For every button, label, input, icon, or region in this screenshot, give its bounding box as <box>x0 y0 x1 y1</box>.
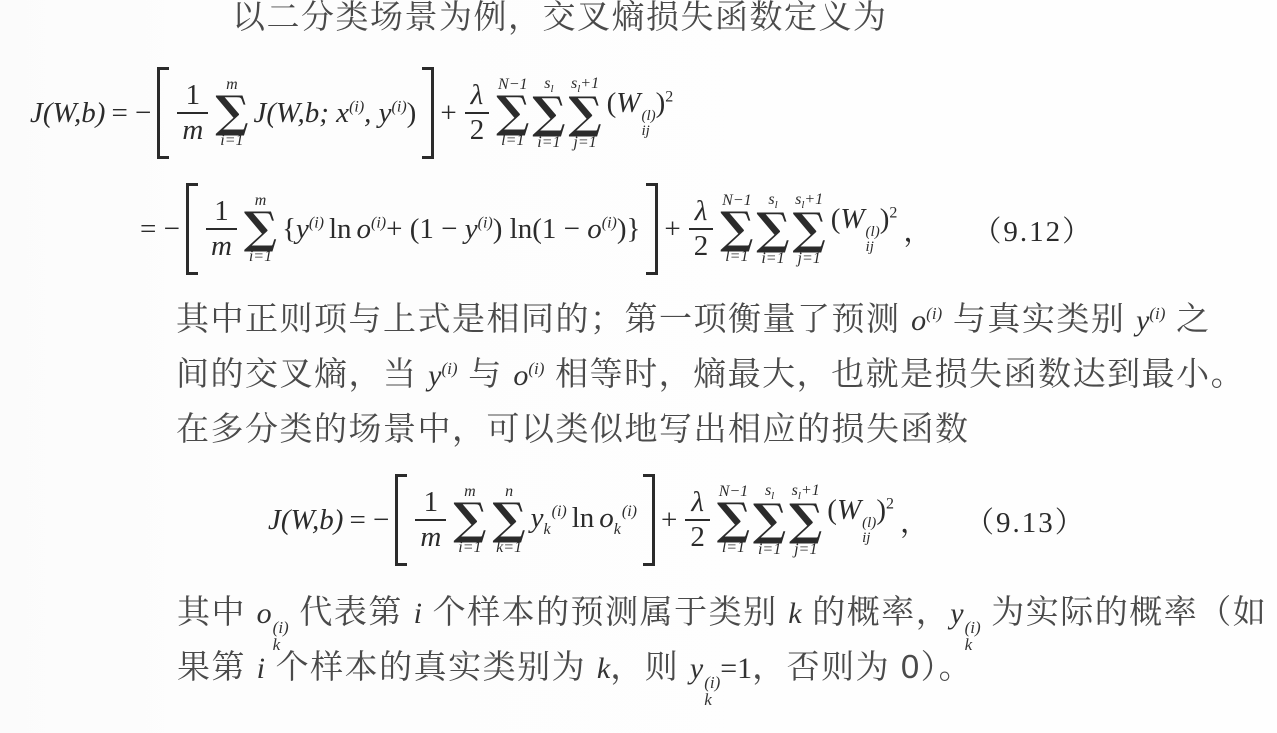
math-token: (i) <box>528 359 544 378</box>
sigma-symbol: ∑ <box>793 211 826 250</box>
math-token: , y <box>364 97 391 129</box>
equation-number-9-12: （9.12） <box>972 209 1093 250</box>
loss-term: J(W,b; x(i), y(i)) <box>254 97 417 130</box>
sigma-symbol: ∑ <box>753 502 786 541</box>
text-run: 个样本的预测属于类别 <box>422 593 788 630</box>
summation-i: sl ∑ i=1 <box>753 482 786 559</box>
math-token: (i) <box>622 503 637 520</box>
sup-sub-stack: (l)ij <box>641 109 655 140</box>
fraction-denominator: 2 <box>685 519 710 554</box>
sigma-symbol: ∑ <box>789 502 822 541</box>
math-token: (i) <box>704 674 720 691</box>
fraction-denominator: m <box>206 228 237 263</box>
summation-i-to-m: m ∑ i=1 <box>215 76 248 150</box>
math-token: (l) <box>862 516 876 531</box>
fraction-one-over-m: 1 m <box>415 486 446 555</box>
math-lhs: J(W,b) <box>268 504 343 537</box>
math-token: k <box>544 520 551 537</box>
right-bracket <box>643 474 655 566</box>
text-run: 间的交叉熵，当 <box>176 355 428 392</box>
fraction-denominator: 2 <box>465 112 490 147</box>
math-token: 2 <box>886 495 894 512</box>
sum-lower-limit: j=1 <box>573 134 596 152</box>
inline-math-k: k <box>597 652 610 685</box>
math-token: ) <box>407 97 417 129</box>
math-token: (i) <box>1149 304 1165 323</box>
math-token: o <box>911 304 926 337</box>
text-run: 其中正则项与上式是相同的；第一项衡量了预测 <box>176 300 911 337</box>
cross-entropy-term: {y(i)lno(i)+ (1 − y(i)) ln(1 − o(i))} <box>282 213 640 246</box>
math-token: ) <box>656 87 666 119</box>
text-run: 在多分类的场景中，可以类似地写出相应的损失函数 <box>176 410 970 447</box>
inline-math-y-i: y(i) <box>428 359 457 392</box>
fraction-numerator: 1 <box>419 486 444 519</box>
sum-lower-limit: l=1 <box>725 248 748 266</box>
triple-summation: N−1 ∑ l=1 sl ∑ i=1 sl+1 ∑ j=1 <box>719 191 826 268</box>
math-token: ij <box>862 531 870 546</box>
math-token: W <box>840 203 864 235</box>
inline-math-y-i: y(i) <box>1136 304 1165 337</box>
sigma-symbol: ∑ <box>244 210 277 249</box>
weight-squared-term: (W(l)ij)2 <box>827 494 894 547</box>
math-token: ( <box>831 203 841 235</box>
text-run: 果第 <box>177 648 257 685</box>
math-token: ij <box>866 240 874 255</box>
math-token: o <box>513 359 528 392</box>
math-token: W <box>837 494 861 526</box>
text-run: 相等时，熵最大，也就是损失函数达到最小。 <box>544 355 1245 392</box>
math-token: (i) <box>602 214 617 231</box>
fraction-numerator: λ <box>466 79 489 112</box>
math-token: 2 <box>889 204 897 221</box>
math-token: y <box>1136 304 1149 337</box>
sum-lower-limit: i=1 <box>220 132 243 150</box>
fraction-one-over-m: 1 m <box>206 195 237 264</box>
sum-lower-limit: l=1 <box>501 132 524 150</box>
weight-squared-term: (W(l)ij)2 <box>831 203 898 256</box>
math-token: ln <box>572 502 595 534</box>
math-token: ij <box>641 124 649 139</box>
math-token: ) ln(1 − <box>493 213 587 245</box>
right-bracket <box>422 67 434 159</box>
sup-sub-stack: (l)ij <box>866 225 880 256</box>
plus-operator: + <box>440 97 456 130</box>
sigma-symbol: ∑ <box>532 95 565 134</box>
sigma-symbol: ∑ <box>568 95 601 134</box>
math-token: y <box>465 213 478 245</box>
math-token: (l) <box>866 225 880 240</box>
sigma-symbol: ∑ <box>496 94 529 133</box>
fraction-denominator: m <box>177 112 208 147</box>
math-token: =1 <box>720 652 752 685</box>
fraction-lambda-over-2: λ 2 <box>465 79 490 148</box>
multiclass-loss-term: yk(i)lnok(i) <box>531 502 637 539</box>
math-token: y <box>296 213 309 245</box>
left-bracket <box>157 67 169 159</box>
sup-sub-stack: (i)k <box>704 674 720 709</box>
math-token: (i) <box>349 98 364 115</box>
summation-k-to-n: n ∑ k=1 <box>493 483 526 557</box>
sum-lower-limit: i=1 <box>458 539 481 557</box>
text-run: 之 <box>1165 300 1210 337</box>
math-token: k <box>704 691 712 708</box>
math-token: ) <box>876 494 886 526</box>
text-run: 以二分类场景为例，交叉熵损失函数定义为 <box>232 0 888 35</box>
paragraph-line: 果第 i 个样本的真实类别为 k，则 y(i)k=1，否则为 0）。 <box>177 641 973 709</box>
math-token: + (1 − <box>386 213 465 245</box>
math-token: (i) <box>392 98 407 115</box>
sigma-symbol: ∑ <box>215 94 248 133</box>
math-token: (i) <box>552 503 567 520</box>
triple-summation: N−1 ∑ l=1 sl ∑ i=1 sl+1 ∑ j=1 <box>495 75 602 152</box>
equals-minus-operator: = − <box>349 504 389 537</box>
sum-lower-limit: i=1 <box>758 541 781 559</box>
math-token: o <box>599 502 614 534</box>
math-token: k <box>614 520 621 537</box>
math-token: W <box>616 87 640 119</box>
fraction-numerator: λ <box>690 195 713 228</box>
math-token: o <box>257 597 272 630</box>
math-token: o <box>587 213 602 245</box>
math-token: ln <box>329 213 352 245</box>
fraction-denominator: m <box>415 519 446 554</box>
inline-math-i: i <box>414 597 422 630</box>
math-token: )} <box>617 213 641 245</box>
fraction-numerator: 1 <box>181 79 206 112</box>
fraction-denominator: 2 <box>689 228 714 263</box>
math-token: y <box>690 652 703 685</box>
sigma-symbol: ∑ <box>756 211 789 250</box>
math-token: k <box>597 652 610 685</box>
math-lhs: J(W,b) <box>30 97 105 130</box>
inline-math-i: i <box>257 652 265 685</box>
text-run: ，否则为 0）。 <box>752 648 973 685</box>
text-run: ，则 <box>610 648 690 685</box>
equals-minus-operator: = − <box>111 97 151 130</box>
text-run: 的概率， <box>802 593 951 630</box>
sum-lower-limit: i=1 <box>761 250 784 268</box>
fraction-one-over-m: 1 m <box>177 79 208 148</box>
equals-minus-operator: = − <box>140 213 180 246</box>
math-token: (i) <box>442 359 458 378</box>
sum-lower-limit: k=1 <box>496 539 522 557</box>
fraction-numerator: 1 <box>209 195 234 228</box>
math-token: y <box>428 359 441 392</box>
summation-i: sl ∑ i=1 <box>532 75 565 152</box>
sum-lower-limit: j=1 <box>794 541 817 559</box>
plus-operator: + <box>664 213 680 246</box>
plus-operator: + <box>661 504 677 537</box>
text-run: 与 <box>458 355 514 392</box>
math-token: ) <box>880 203 890 235</box>
text-run: 为实际的概率（如 <box>981 593 1268 630</box>
equation-number-9-13: （9.13） <box>965 500 1086 541</box>
math-token: (i) <box>309 214 324 231</box>
math-token: i <box>257 652 265 685</box>
comma: ， <box>903 209 932 250</box>
summation-i-to-m: m ∑ i=1 <box>244 192 277 266</box>
math-token: (i) <box>478 214 493 231</box>
sum-lower-limit: j=1 <box>798 250 821 268</box>
inline-math-o-k-i: o(i)k <box>257 597 289 630</box>
paragraph-line: 间的交叉熵，当 y(i) 与 o(i) 相等时，熵最大，也就是损失函数达到最小。 <box>176 348 1245 395</box>
math-token: ( <box>827 494 837 526</box>
comma: ， <box>900 500 929 541</box>
triple-summation: N−1 ∑ l=1 sl ∑ i=1 sl+1 ∑ j=1 <box>716 482 823 559</box>
inline-math-o-i: o(i) <box>513 359 544 392</box>
fraction-numerator: λ <box>686 486 709 519</box>
fraction-lambda-over-2: λ 2 <box>685 486 710 555</box>
math-token: (i) <box>371 214 386 231</box>
left-bracket <box>395 474 407 566</box>
math-token: J(W,b; x <box>254 97 350 129</box>
equation-9-13: J(W,b) = − 1 m m ∑ i=1 n ∑ k=1 yk(i)lnok… <box>268 472 1086 568</box>
math-token: (i) <box>965 619 981 636</box>
math-token: 2 <box>665 88 673 105</box>
sup-sub-stack: (l)ij <box>862 516 876 547</box>
inline-math-y-k-i-equals-1: y(i)k=1 <box>690 652 752 685</box>
summation-j: sl+1 ∑ j=1 <box>793 191 826 268</box>
sigma-symbol: ∑ <box>493 501 526 540</box>
right-bracket <box>646 183 658 275</box>
summation-i: sl ∑ i=1 <box>756 191 789 268</box>
inline-math-o-i: o(i) <box>911 304 942 337</box>
math-token: ( <box>607 87 617 119</box>
math-token: (i) <box>926 304 942 323</box>
math-token: (i) <box>273 619 289 636</box>
sum-lower-limit: i=1 <box>249 248 272 266</box>
summation-l: N−1 ∑ l=1 <box>496 76 529 150</box>
summation-i-to-m: m ∑ i=1 <box>453 483 486 557</box>
summation-l: N−1 ∑ l=1 <box>720 192 753 266</box>
summation-j: sl+1 ∑ j=1 <box>789 482 822 559</box>
inline-math-k: k <box>788 597 801 630</box>
text-run: 其中 <box>177 593 257 630</box>
sigma-symbol: ∑ <box>720 210 753 249</box>
equation-9-12-line-2: = − 1 m m ∑ i=1 {y(i)lno(i)+ (1 − y(i)) … <box>138 181 1093 277</box>
book-page: 以二分类场景为例，交叉熵损失函数定义为 J(W,b) = − 1 m m ∑ i… <box>0 0 1277 733</box>
fraction-lambda-over-2: λ 2 <box>689 195 714 264</box>
inline-math-y-k-i: y(i)k <box>950 597 980 630</box>
summation-j: sl+1 ∑ j=1 <box>568 75 601 152</box>
paragraph-line: 在多分类的场景中，可以类似地写出相应的损失函数 <box>176 403 970 450</box>
sum-lower-limit: i=1 <box>537 134 560 152</box>
text-run: 与真实类别 <box>942 300 1136 337</box>
sigma-symbol: ∑ <box>453 501 486 540</box>
math-token: k <box>788 597 801 630</box>
math-token: { <box>282 213 296 245</box>
intro-line: 以二分类场景为例，交叉熵损失函数定义为 <box>232 0 888 38</box>
text-run: 代表第 <box>289 593 414 630</box>
math-token: y <box>531 502 544 534</box>
paragraph-line: 其中正则项与上式是相同的；第一项衡量了预测 o(i) 与真实类别 y(i) 之 <box>176 293 1211 340</box>
left-bracket <box>186 183 198 275</box>
weight-squared-term: (W(l)ij)2 <box>607 87 674 140</box>
sum-lower-limit: l=1 <box>722 539 745 557</box>
summation-l: N−1 ∑ l=1 <box>717 483 750 557</box>
math-token: y <box>950 597 963 630</box>
math-token: (l) <box>641 109 655 124</box>
math-token: o <box>357 213 372 245</box>
math-token: i <box>414 597 422 630</box>
sigma-symbol: ∑ <box>717 501 750 540</box>
equation-9-12-line-1: J(W,b) = − 1 m m ∑ i=1 J(W,b; x(i), y(i)… <box>30 65 673 161</box>
text-run: 个样本的真实类别为 <box>265 648 597 685</box>
